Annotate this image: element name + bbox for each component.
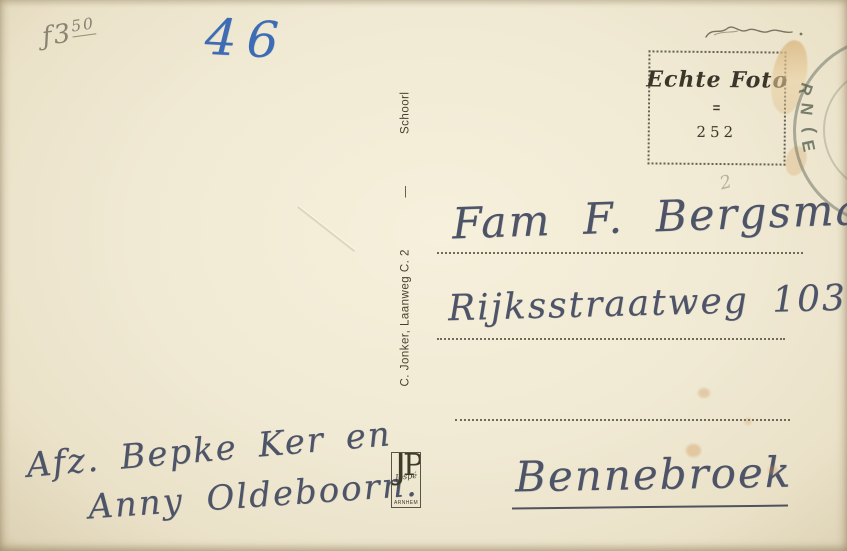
postmark-letter-2: N bbox=[795, 102, 816, 117]
publisher-imprint: C. Jonker, Laanweg C. 2 — Schoorl bbox=[395, 92, 417, 387]
foxing-spot-2 bbox=[686, 444, 701, 457]
stamp-box-number: 252 bbox=[696, 123, 737, 141]
publisher-separator: — bbox=[400, 186, 412, 198]
price-note: ƒ350 bbox=[40, 14, 98, 52]
crease-mark bbox=[298, 206, 356, 252]
address-rule-2 bbox=[437, 338, 785, 340]
address-recipient: Fam F. Bergsma. bbox=[451, 185, 847, 250]
price-amount: ƒ3 bbox=[40, 18, 74, 52]
address-rule-1 bbox=[437, 252, 803, 254]
collector-number: 46 bbox=[204, 8, 291, 70]
foxing-spot-3 bbox=[768, 466, 778, 475]
foxing-spot-4 bbox=[744, 418, 752, 425]
stamp-box-title: Echte Foto bbox=[646, 66, 788, 93]
postmark-letter-3: ( bbox=[800, 127, 820, 133]
address-rule-3 bbox=[455, 419, 790, 421]
publisher-place: Schoorl bbox=[400, 92, 412, 135]
address-street: Rijksstraatweg 103 bbox=[448, 278, 847, 329]
logo-city: ARNHEM bbox=[392, 500, 420, 506]
postcard-back: ƒ350 46 Echte Foto = 252 R N ( E 2 C. Jo… bbox=[0, 0, 847, 551]
address-city: Bennebroek bbox=[515, 448, 793, 502]
printer-logo: J P Jospé ARNHEM bbox=[391, 452, 421, 508]
address-city-underline bbox=[512, 505, 788, 510]
price-superscript: 50 bbox=[70, 14, 96, 37]
stamp-box: Echte Foto = 252 bbox=[648, 50, 787, 165]
publisher-name-address: C. Jonker, Laanweg C. 2 bbox=[400, 249, 412, 386]
foxing-spot-1 bbox=[698, 388, 710, 398]
stamp-box-equals: = bbox=[713, 100, 722, 115]
